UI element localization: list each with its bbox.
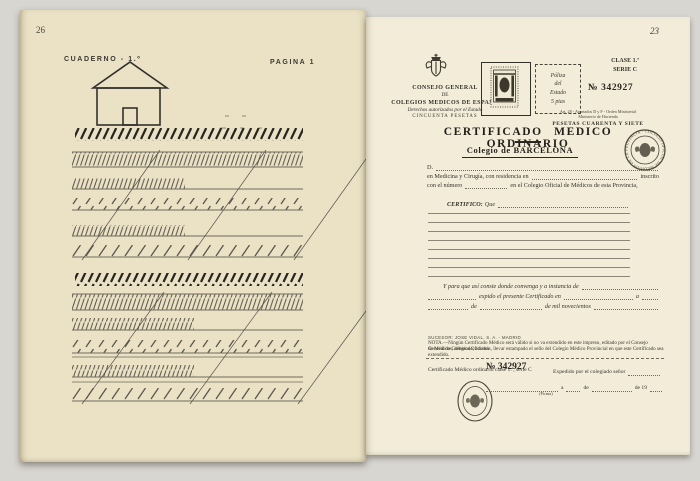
residence-blank (532, 173, 638, 180)
poliza-line3: Estado (550, 89, 566, 98)
stub-number: № 342927 (486, 362, 526, 372)
ruled-line (428, 231, 630, 232)
right-page-number: 23 (650, 26, 659, 36)
consejo-crest-icon (424, 53, 448, 83)
clase-serie-block: CLASE 1.ª SERIE C (588, 57, 662, 75)
numero-text: con el número (426, 183, 463, 189)
closing2b-text: a (635, 294, 640, 300)
certifico-label: CERTIFICO: (446, 202, 484, 208)
tax-stamp-box (481, 62, 531, 116)
serie-label: SERIE C (588, 66, 662, 75)
practice-group-2 (72, 292, 366, 404)
closing3-blank-a (428, 303, 468, 310)
poliza-line4: 5 ptas (551, 98, 565, 107)
title-underline (515, 141, 541, 143)
closing2-blank-b (564, 293, 633, 300)
name-blank (436, 164, 658, 171)
certifico-row: CERTIFICO: Que (428, 201, 630, 208)
house-drawing (93, 62, 167, 125)
faint-marks (220, 116, 262, 128)
firma-label: (Firma) (516, 391, 576, 396)
colegio-provincia-text: en el Colegio Oficial de Médicos de esta… (509, 183, 638, 189)
closing2a-text: expido el presente Certificado en (478, 294, 562, 300)
date-de: de (582, 386, 589, 392)
expedido-blank (628, 369, 660, 376)
closing2-blank-a (428, 293, 476, 300)
nota-line2: de Médicos, debiendo, además, llevar est… (428, 347, 664, 359)
month-blank (592, 385, 632, 392)
ruled-line (428, 249, 630, 250)
ground-hatch-row (75, 128, 303, 141)
number-blank (465, 182, 507, 189)
closing3b-text: de mil novecientos (544, 304, 592, 310)
closing1-blank (582, 283, 658, 290)
scanned-document-spread: { "scene": { "background": "#d8d6d1" }, … (0, 0, 700, 481)
closing2-blank-c (642, 293, 658, 300)
form-row-number: con el número en el Colegio Oficial de M… (426, 182, 660, 189)
closing-row-1: Y para que así conste donde convenga y a… (426, 283, 660, 290)
poliza-line2: del (554, 80, 561, 89)
form-row-residence: en Medicina y Cirugía, con residencia en… (426, 173, 660, 180)
handwriting-practice-drawing (20, 10, 366, 462)
certifico-que: Que (484, 202, 496, 208)
residence-text: en Medicina y Cirugía, con residencia en (426, 174, 530, 180)
ruled-line (428, 258, 630, 259)
bold-slash-row (75, 273, 303, 286)
closing1-text: Y para que así conste donde convenga y a… (442, 284, 580, 290)
d-label: D. (426, 165, 434, 171)
closing3-blank-b (480, 303, 542, 310)
poliza-line1: Póliza (551, 72, 566, 81)
fine-print-block: Art. 28 - Apartados D y F - Orden Minist… (544, 109, 652, 127)
closing-row-3: de de mil novecientos (426, 303, 660, 310)
certifico-blank (498, 201, 628, 208)
date-de19: de 19 (634, 386, 648, 392)
ruled-line (428, 276, 630, 277)
closing3-blank-c (594, 303, 658, 310)
poliza-box: Póliza del Estado 5 ptas (535, 64, 581, 114)
colegio-subtitle: Colegio de BARCELONA (462, 145, 578, 158)
expedido-text: Expedido por el colegiado señor (552, 370, 626, 376)
bottom-oval-seal (456, 379, 494, 423)
inscrito-text: inscrito (639, 174, 660, 180)
fine-print-line2: Ministerio de Hacienda (544, 114, 652, 119)
form-row-name: D. (426, 164, 660, 171)
closing-row-2: expido el presente Certificado en a (426, 293, 660, 300)
closing3a-text: de (470, 304, 478, 310)
ruled-line (428, 240, 630, 241)
certificate-page: 23 CONSEJO GENERAL DE COLEGIOS MEDICOS D… (366, 17, 690, 455)
ruled-line (428, 267, 630, 268)
expedido-row: Expedido por el colegiado señor (552, 369, 662, 376)
tax-stamp-graphic (482, 63, 527, 112)
ruled-line (428, 222, 630, 223)
ruled-line (428, 213, 630, 214)
tear-off-separator (426, 358, 664, 359)
workbook-page: 26 CUADERNO - 1.º PAGINA 1 (20, 10, 366, 462)
practice-group-1 (72, 150, 366, 260)
clase-label: CLASE 1.ª (588, 57, 662, 66)
year-blank (650, 385, 662, 392)
certificate-number: № 342927 (588, 83, 668, 93)
